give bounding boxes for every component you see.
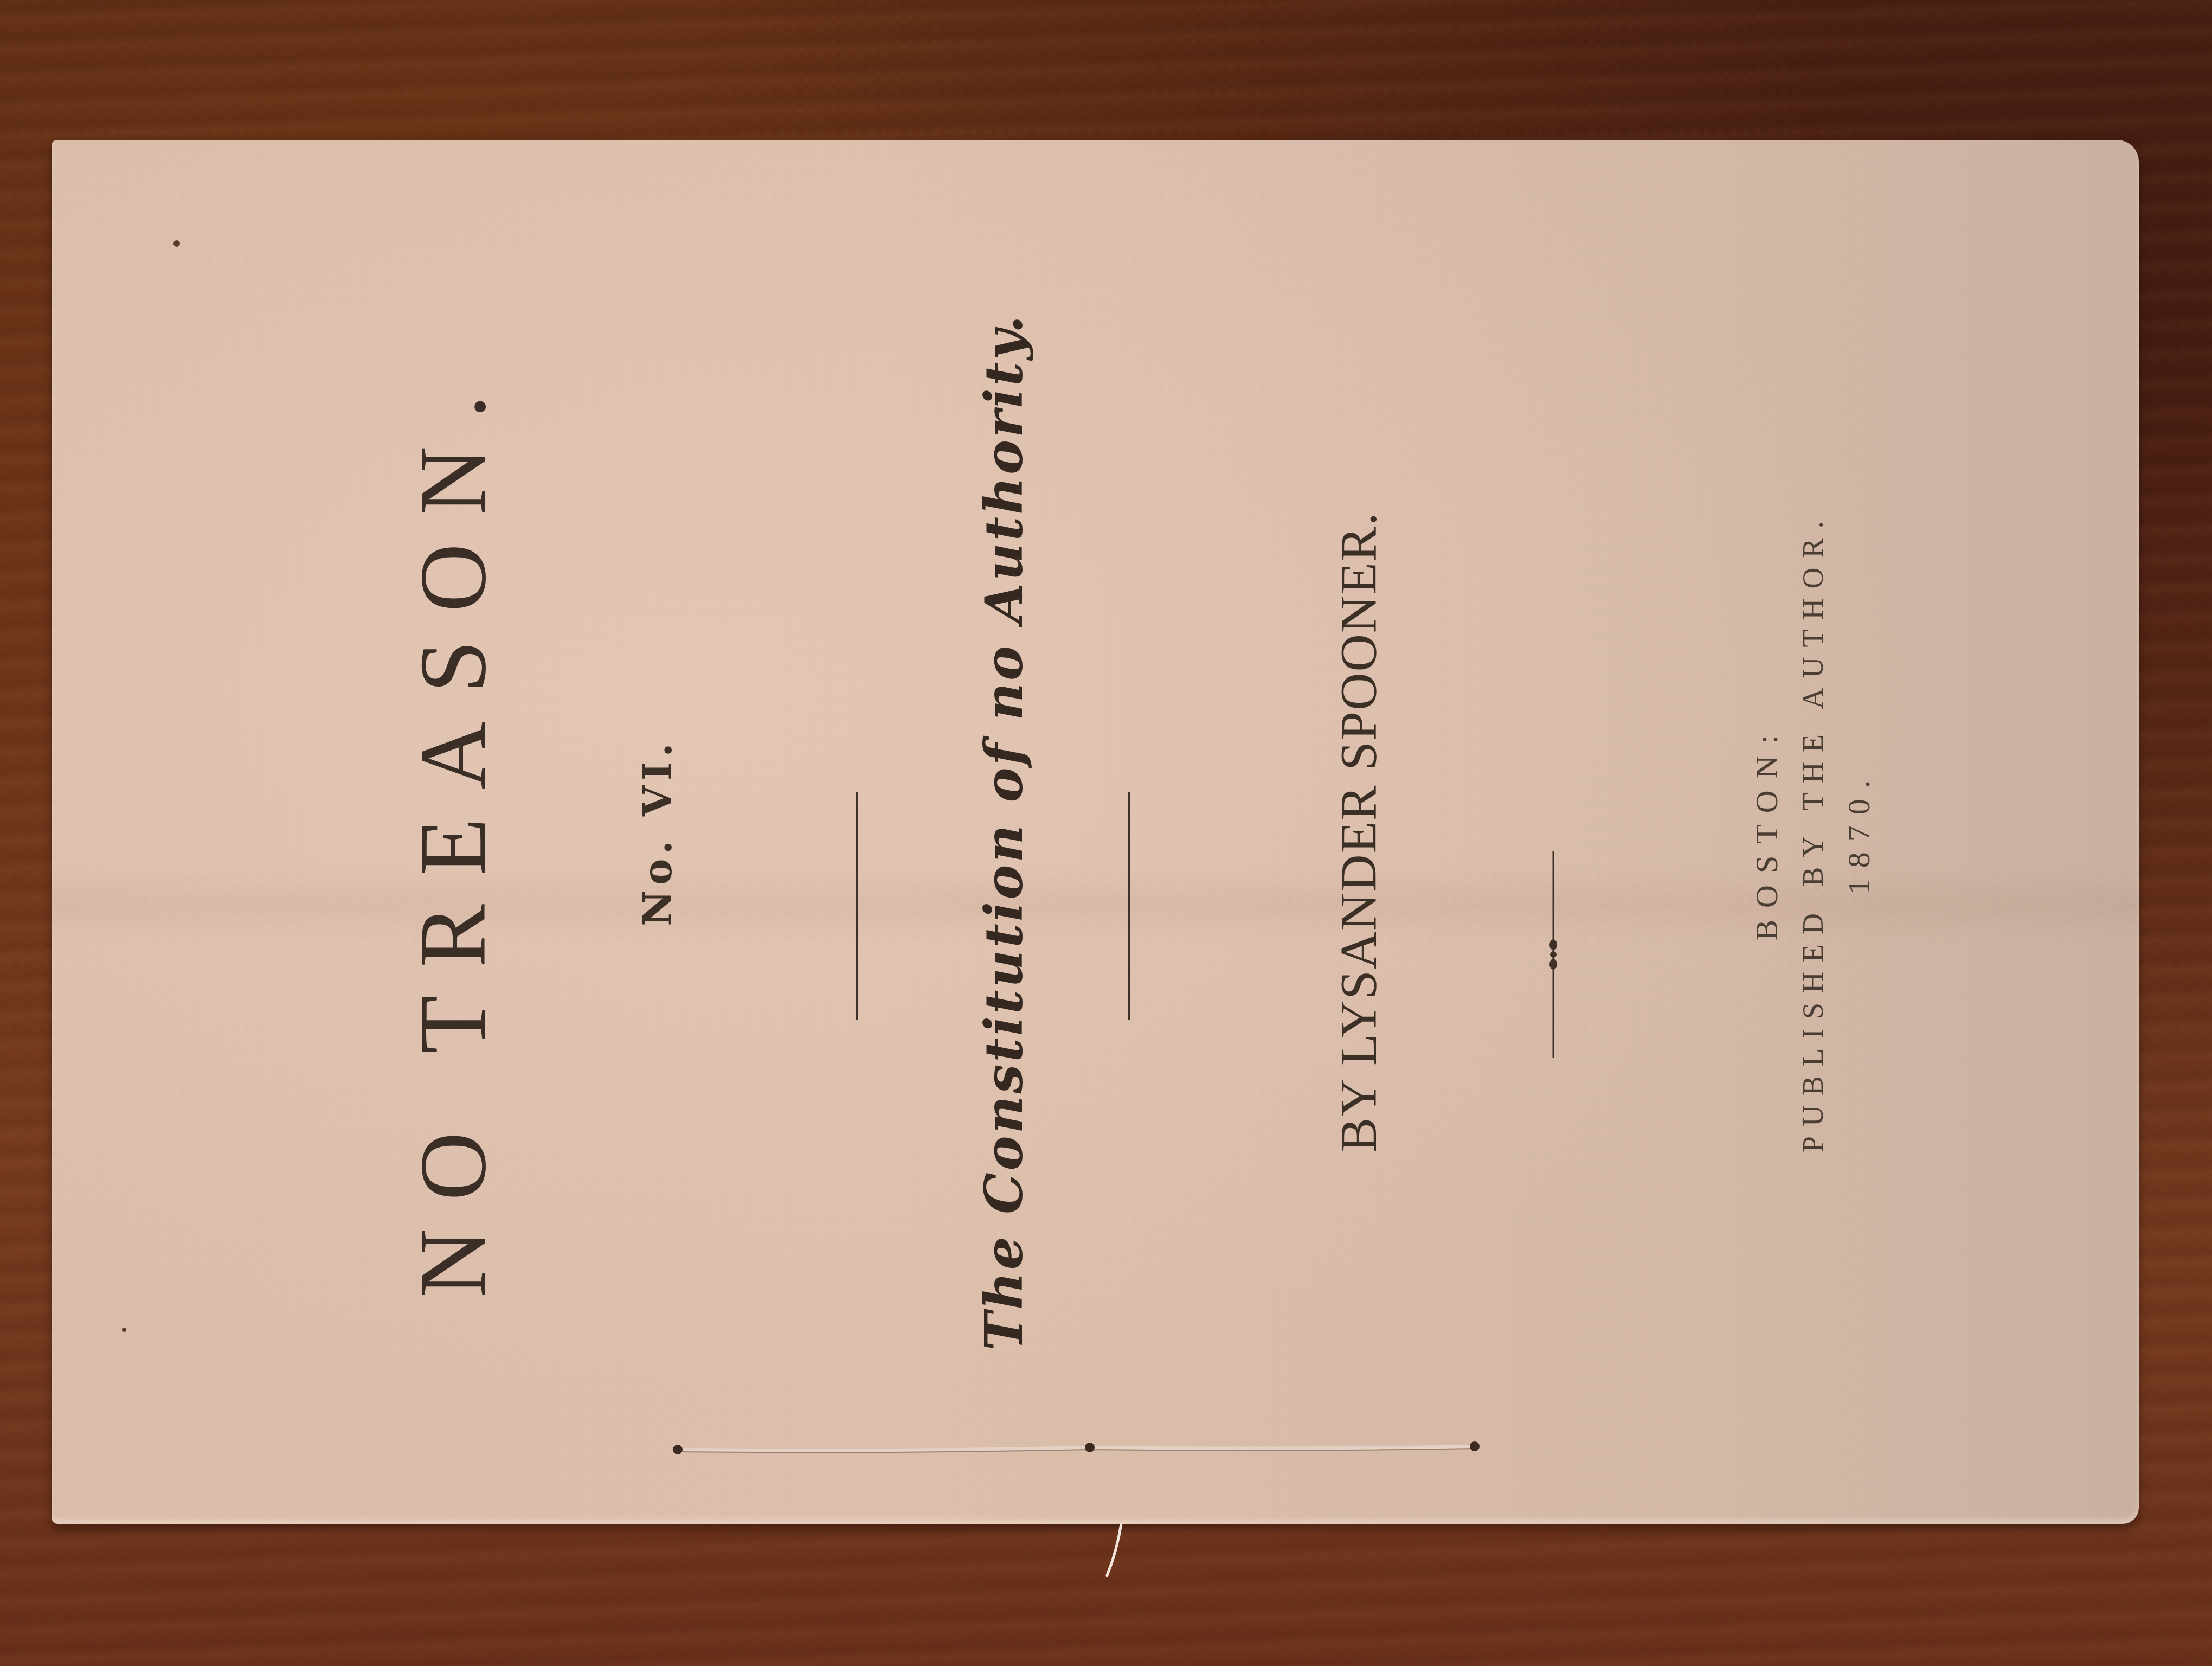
title-page-content: NO TREASON. No. VI. The Constitution of … <box>52 140 2139 1524</box>
loose-thread-icon <box>1101 1524 1133 1578</box>
imprint-city: BOSTON: <box>1748 140 1785 1524</box>
ornamental-rule-icon <box>1548 851 1559 1058</box>
stitch-binding-icon <box>667 1440 1483 1456</box>
author-line: BY LYSANDER SPOONER. <box>1328 140 1388 1524</box>
pamphlet-subtitle: The Constitution of no Authority. <box>973 140 1034 1524</box>
issue-number: No. VI. <box>634 140 680 1524</box>
pamphlet-page: NO TREASON. No. VI. The Constitution of … <box>52 140 2139 1524</box>
divider-rule <box>1128 792 1130 1020</box>
pamphlet-title: NO TREASON. <box>398 140 507 1524</box>
divider-rule <box>856 792 858 1020</box>
imprint-year: 1870. <box>1841 140 1877 1524</box>
imprint-publisher: PUBLISHED BY THE AUTHOR. <box>1796 140 1830 1524</box>
